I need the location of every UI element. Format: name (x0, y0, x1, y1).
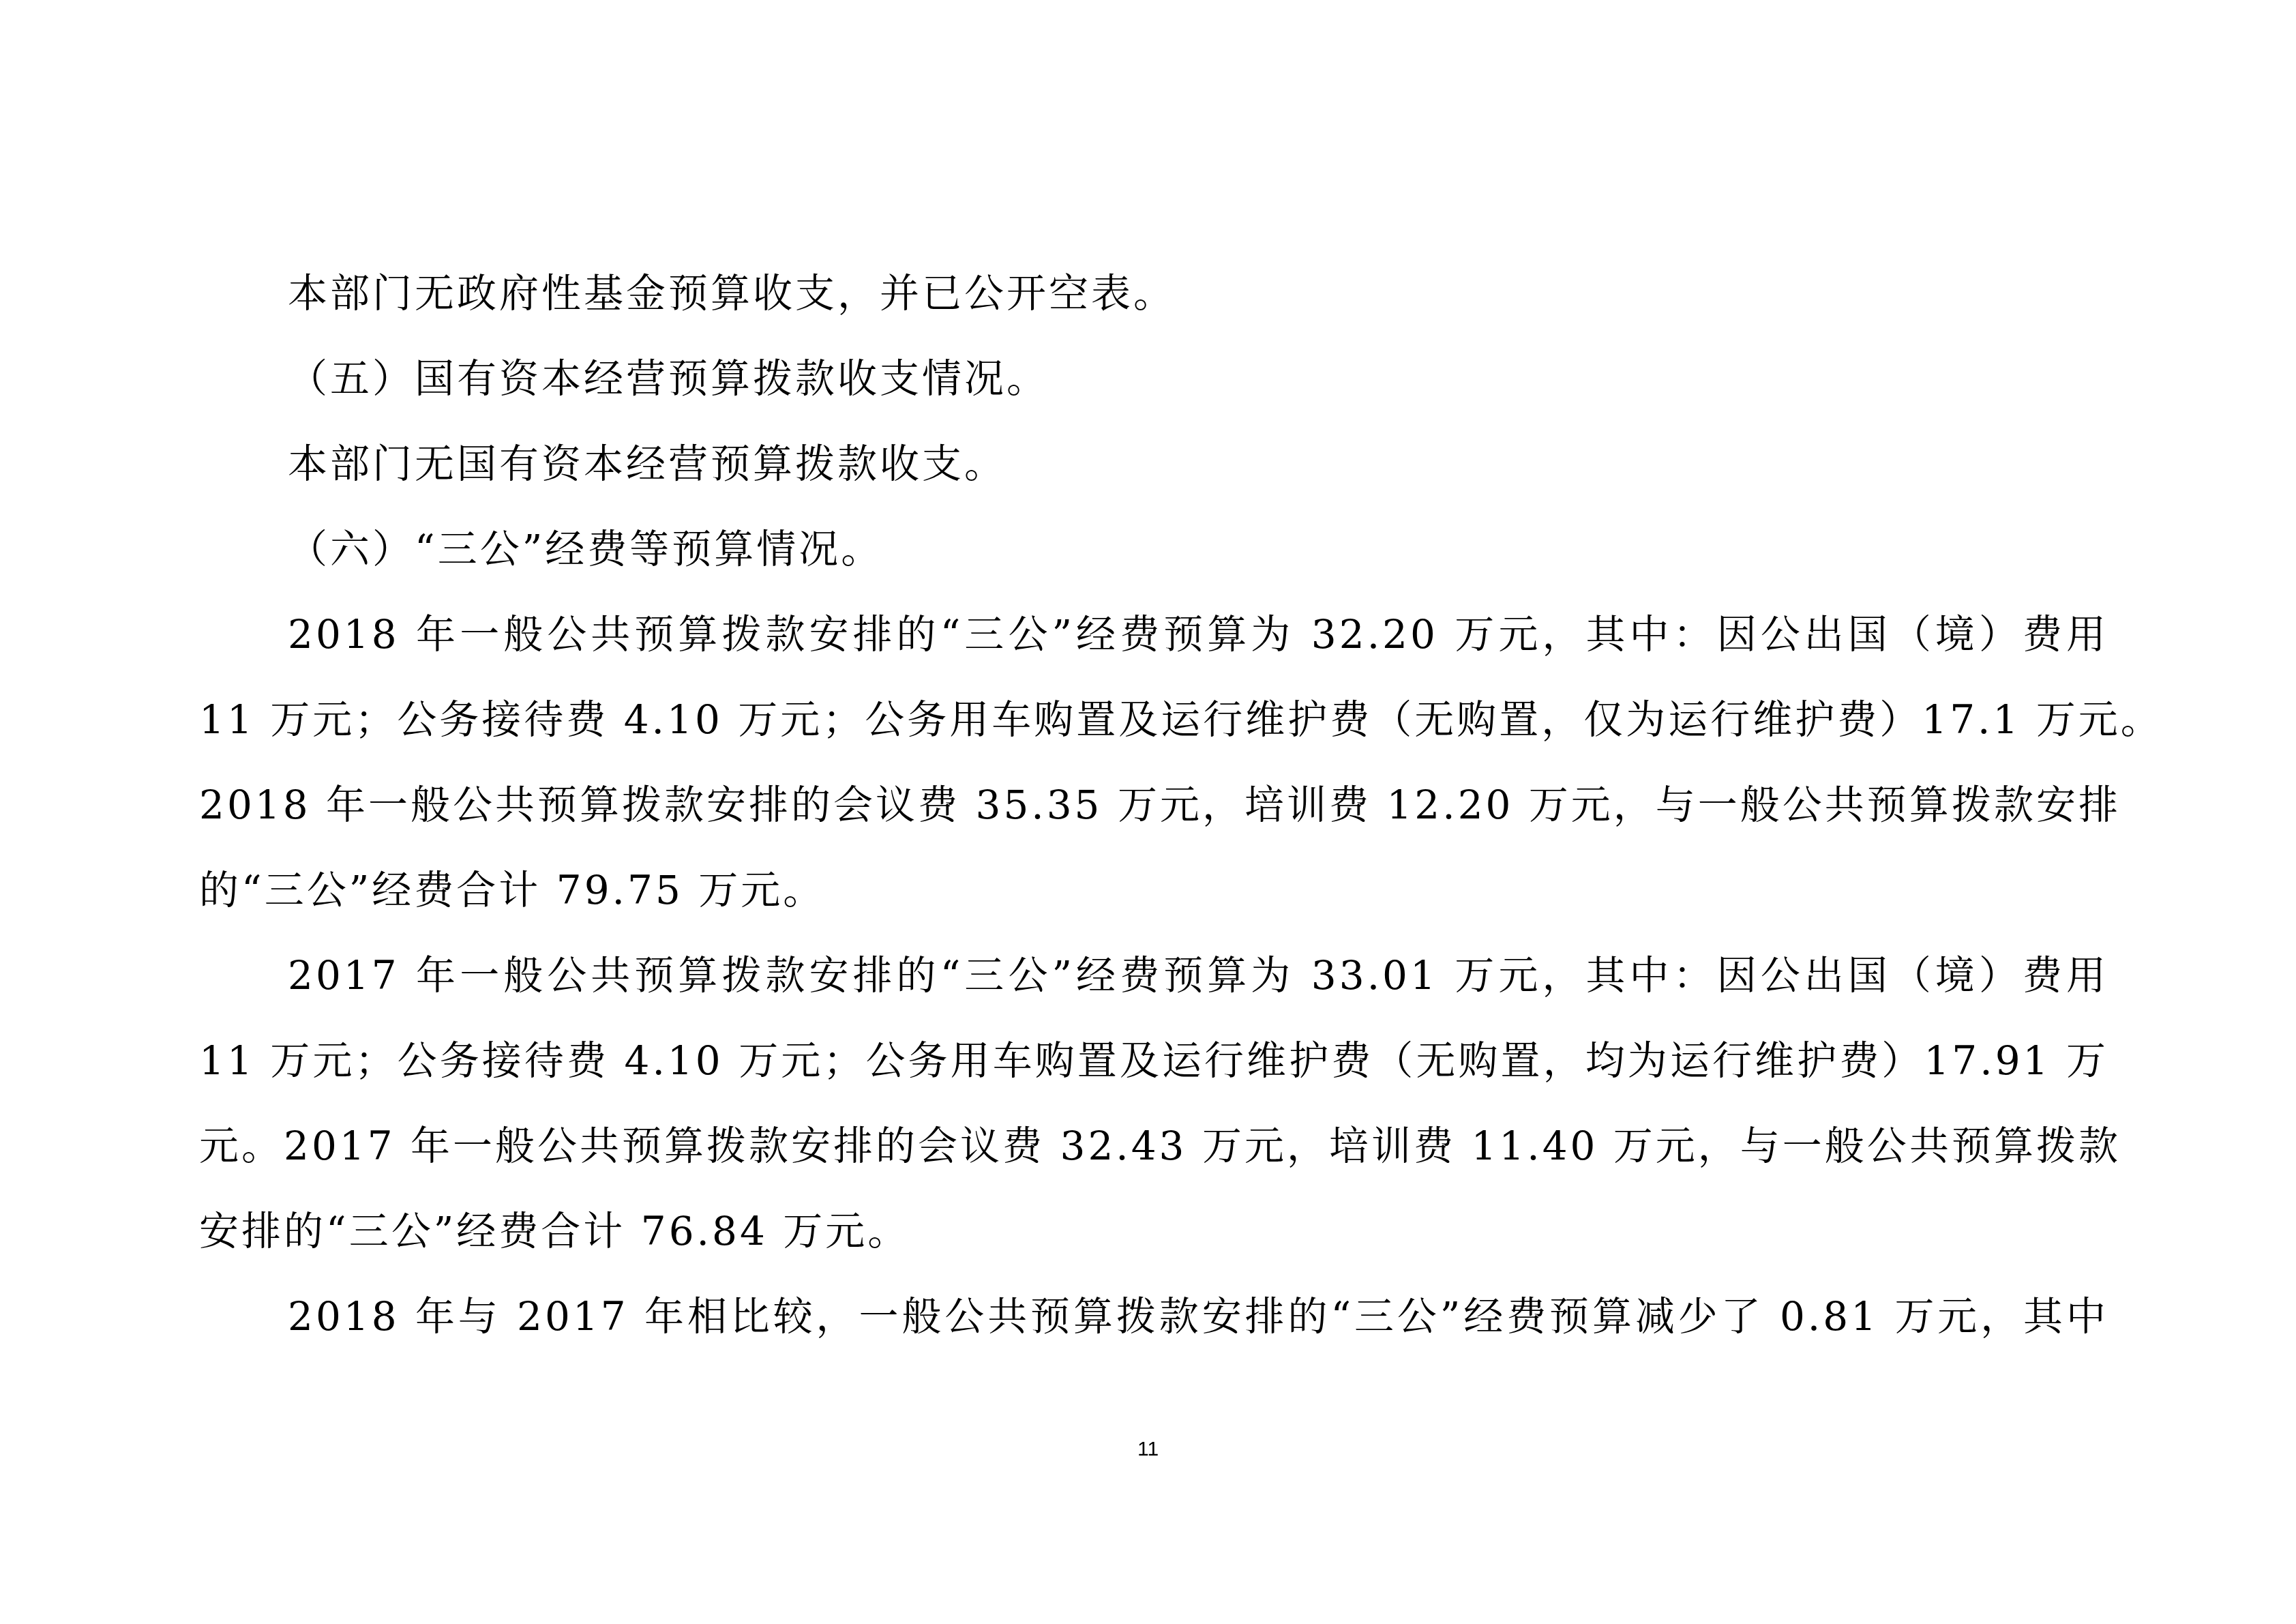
document-page: 本部门无政府性基金预算收支，并已公开空表。 （五）国有资本经营预算拨款收支情况。… (0, 0, 2296, 1624)
paragraph-2018-line-2: 11 万元；公务接待费 4.10 万元；公务用车购置及运行维护费（无购置，仅为运… (199, 692, 2108, 747)
paragraph-2017-line-2: 11 万元；公务接待费 4.10 万元；公务用车购置及运行维护费（无购置，均为运… (199, 1033, 2108, 1088)
section-heading-5: （五）国有资本经营预算拨款收支情况。 (288, 351, 1049, 406)
paragraph-2017-line-4: 安排的“三公”经费合计 76.84 万元。 (199, 1204, 910, 1258)
paragraph-no-government-fund: 本部门无政府性基金预算收支，并已公开空表。 (288, 266, 1176, 321)
paragraph-2018-line-3: 2018 年一般公共预算拨款安排的会议费 35.35 万元，培训费 12.20 … (199, 778, 2108, 832)
paragraph-2018-line-4: 的“三公”经费合计 79.75 万元。 (199, 863, 825, 917)
paragraph-2017-line-3: 元。2017 年一般公共预算拨款安排的会议费 32.43 万元，培训费 11.4… (199, 1119, 2108, 1173)
paragraph-no-state-capital: 本部门无国有资本经营预算拨款收支。 (288, 437, 1007, 491)
paragraph-2017-line-1: 2017 年一般公共预算拨款安排的“三公”经费预算为 33.01 万元，其中：因… (288, 948, 2108, 1003)
page-number: 11 (0, 1438, 2296, 1461)
paragraph-comparison-line-1: 2018 年与 2017 年相比较，一般公共预算拨款安排的“三公”经费预算减少了… (288, 1289, 2108, 1344)
paragraph-2018-line-1: 2018 年一般公共预算拨款安排的“三公”经费预算为 32.20 万元，其中：因… (288, 607, 2108, 662)
section-heading-6: （六）“三公”经费等预算情况。 (288, 522, 883, 576)
